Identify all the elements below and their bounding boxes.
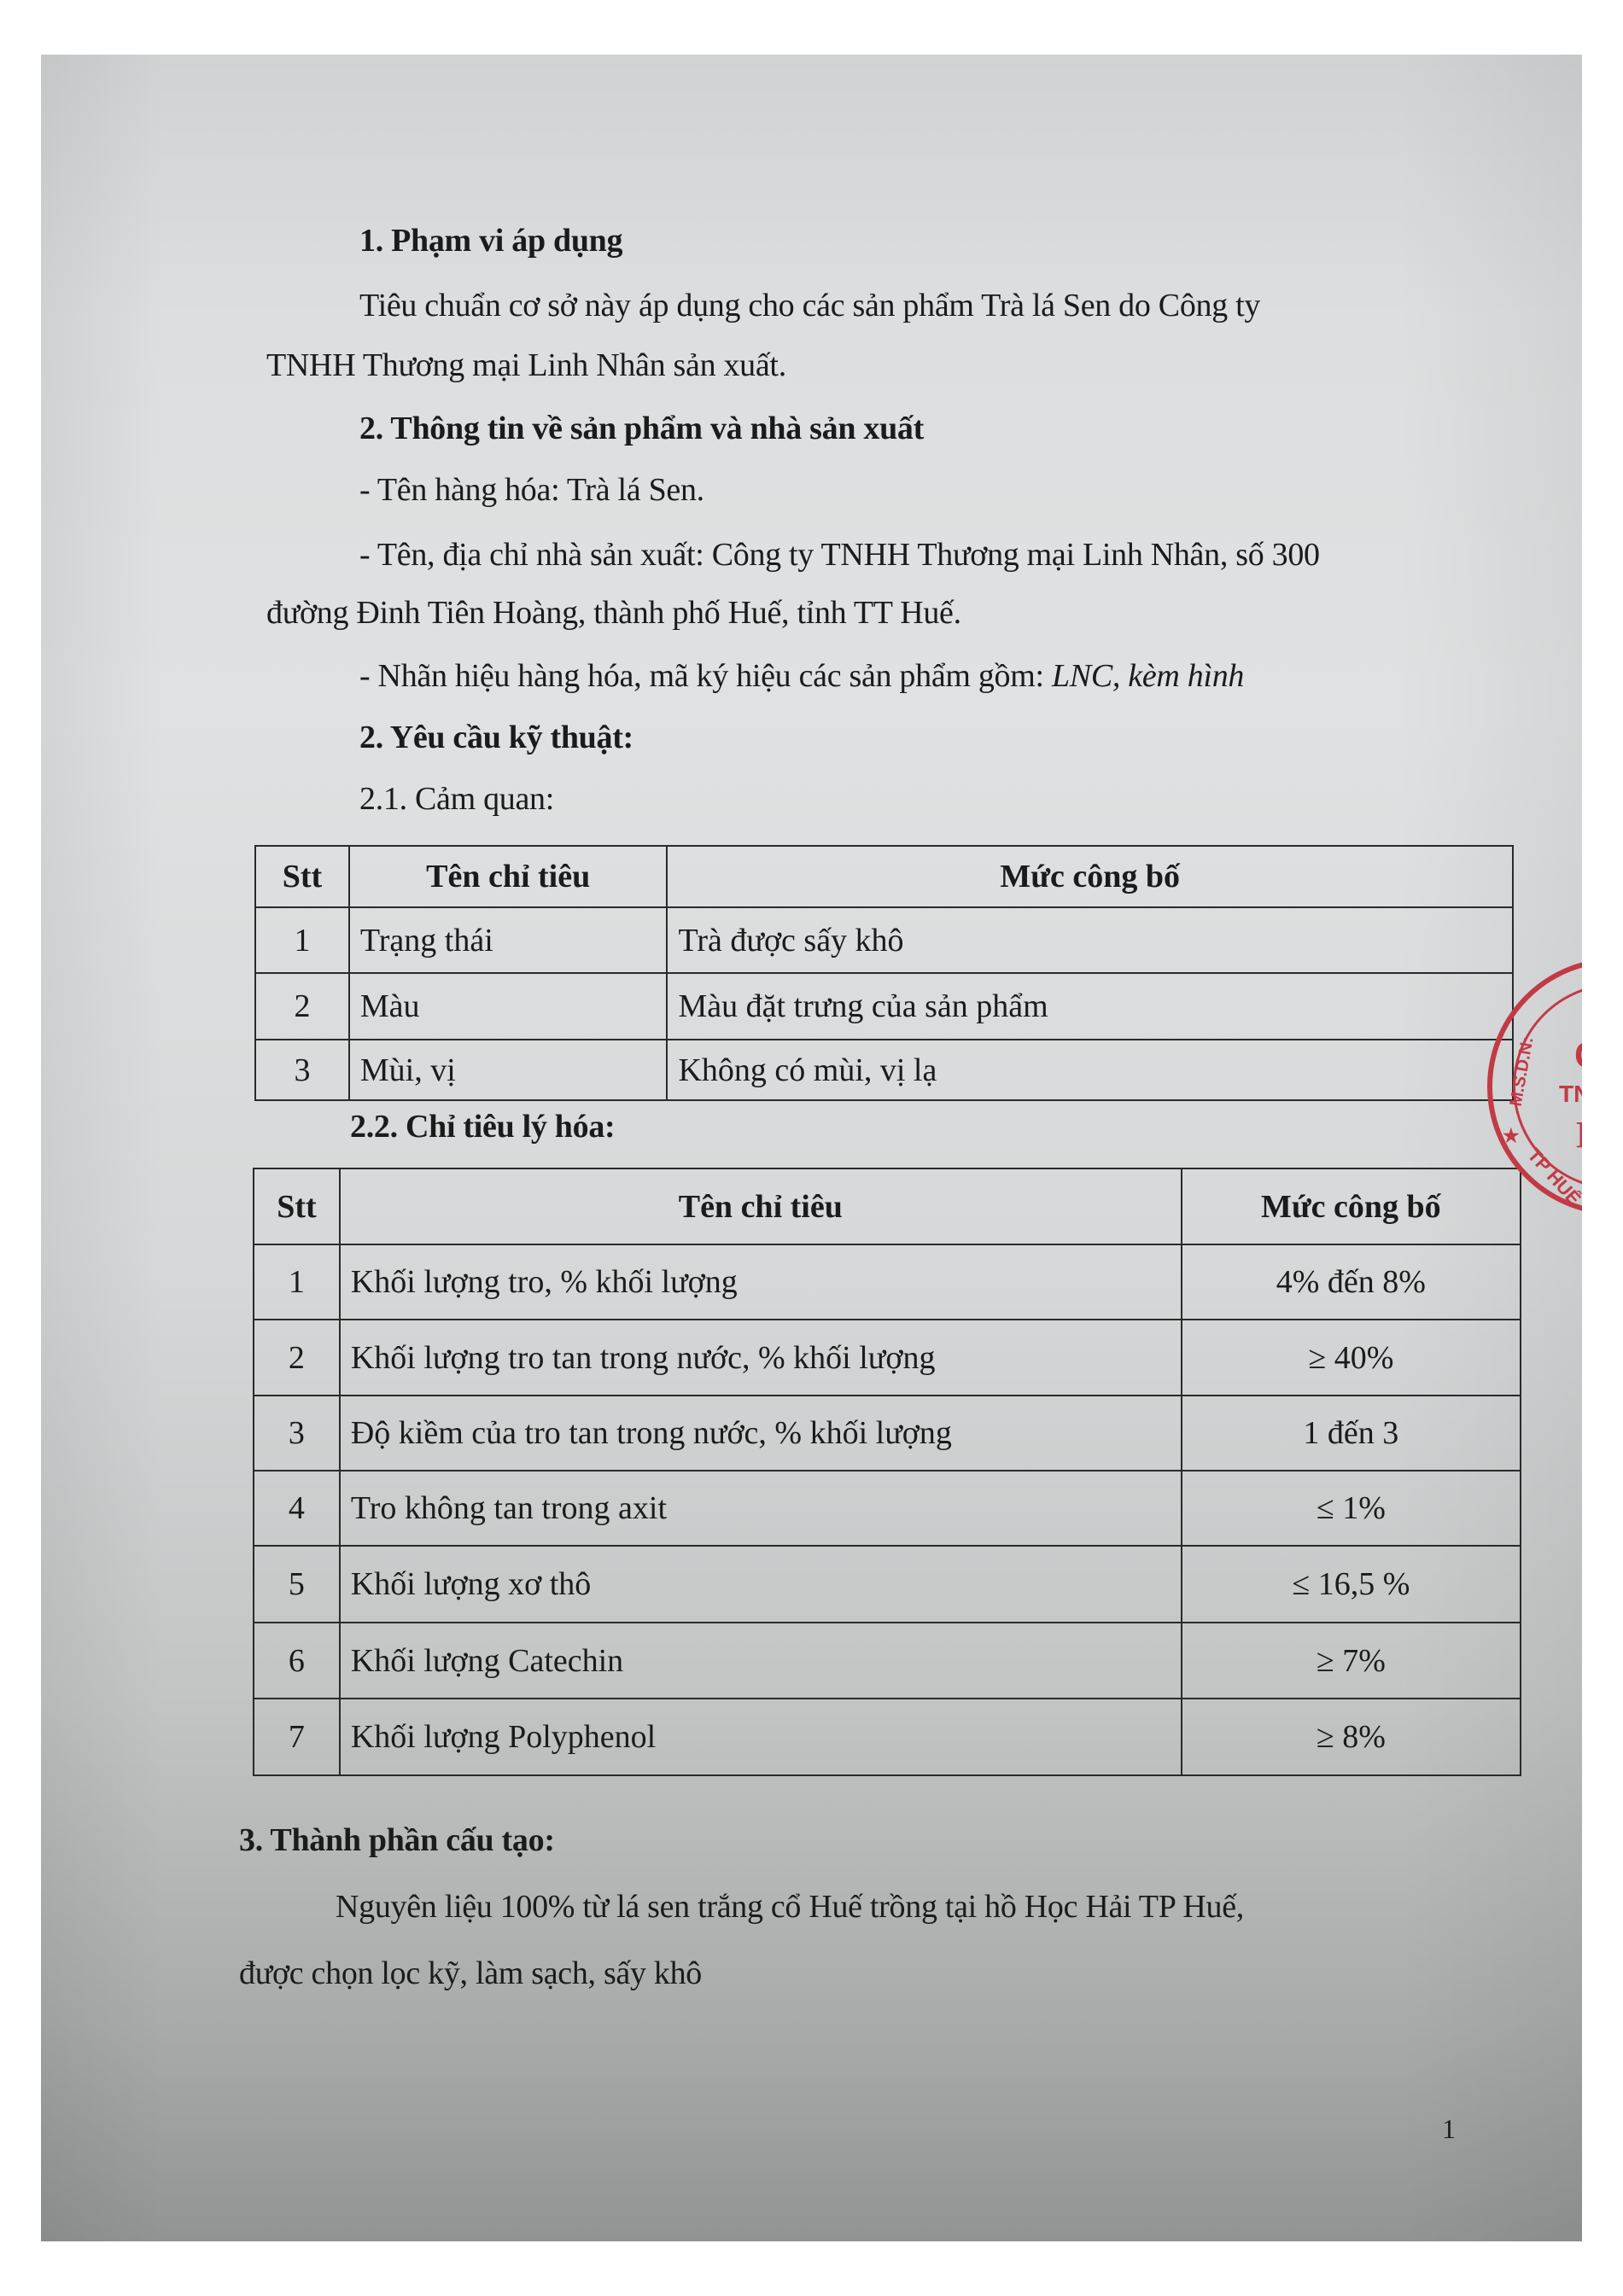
table-row: 6 Khối lượng Catechin ≥ 7% bbox=[254, 1623, 1521, 1699]
row-value: ≤ 16,5 % bbox=[1182, 1546, 1521, 1623]
row-value: Màu đặt trưng của sản phẩm bbox=[667, 973, 1513, 1040]
row-name: Khối lượng xơ thô bbox=[340, 1546, 1182, 1623]
table-row: 7 Khối lượng Polyphenol ≥ 8% bbox=[254, 1699, 1521, 1775]
sensory-table: Stt Tên chỉ tiêu Mức công bố 1 Trạng thá… bbox=[254, 845, 1514, 1101]
brand-line: - Nhãn hiệu hàng hóa, mã ký hiệu các sản… bbox=[359, 657, 1244, 695]
table-row: 1 Trạng thái Trà được sấy khô bbox=[255, 907, 1513, 973]
row-name: Trạng thái bbox=[349, 907, 668, 973]
table-header-row: Stt Tên chỉ tiêu Mức công bố bbox=[255, 846, 1513, 907]
table-header-row: Stt Tên chỉ tiêu Mức công bố bbox=[254, 1168, 1521, 1244]
row-name: Khối lượng tro tan trong nước, % khối lư… bbox=[340, 1320, 1182, 1396]
row-value: ≤ 1% bbox=[1182, 1471, 1521, 1546]
row-name: Khối lượng tro, % khối lượng bbox=[340, 1244, 1182, 1320]
sensory-heading: 2.1. Cảm quan: bbox=[359, 780, 554, 818]
requirements-heading: 2. Yêu cầu kỹ thuật: bbox=[359, 719, 633, 756]
stamp-company-line-1: CÔ bbox=[1574, 1034, 1582, 1077]
physchem-heading: 2.2. Chỉ tiêu lý hóa: bbox=[350, 1108, 615, 1145]
section-3-paragraph-line-2: được chọn lọc kỹ, làm sạch, sấy khô bbox=[239, 1955, 702, 1992]
table-row: 2 Khối lượng tro tan trong nước, % khối … bbox=[254, 1320, 1521, 1396]
row-name: Tro không tan trong axit bbox=[340, 1471, 1182, 1546]
section-3-heading: 3. Thành phần cấu tạo: bbox=[239, 1821, 555, 1859]
column-header-value: Mức công bố bbox=[667, 846, 1513, 907]
row-value: 1 đến 3 bbox=[1182, 1396, 1521, 1471]
section-1-paragraph-line-1: Tiêu chuẩn cơ sở này áp dụng cho các sản… bbox=[359, 287, 1444, 324]
column-header-value: Mức công bố bbox=[1182, 1168, 1521, 1244]
table-row: 2 Màu Màu đặt trưng của sản phẩm bbox=[255, 973, 1513, 1040]
row-name: Khối lượng Catechin bbox=[340, 1623, 1182, 1699]
row-stt: 6 bbox=[254, 1623, 340, 1699]
row-stt: 2 bbox=[255, 973, 349, 1040]
row-name: Khối lượng Polyphenol bbox=[340, 1699, 1182, 1775]
row-name: Độ kiềm của tro tan trong nước, % khối l… bbox=[340, 1396, 1182, 1471]
row-stt: 4 bbox=[254, 1471, 340, 1546]
product-name-line: - Tên hàng hóa: Trà lá Sen. bbox=[359, 471, 704, 509]
brand-value: LNC, kèm hình bbox=[1052, 658, 1244, 694]
row-value: ≥ 40% bbox=[1182, 1320, 1521, 1396]
row-value: 4% đến 8% bbox=[1182, 1244, 1521, 1320]
column-header-name: Tên chỉ tiêu bbox=[349, 846, 668, 907]
row-stt: 3 bbox=[255, 1040, 349, 1100]
row-stt: 1 bbox=[254, 1244, 340, 1320]
table-row: 3 Độ kiềm của tro tan trong nước, % khối… bbox=[254, 1396, 1521, 1471]
row-stt: 3 bbox=[254, 1396, 340, 1471]
row-name: Mùi, vị bbox=[349, 1040, 668, 1100]
page-number: 1 bbox=[1442, 2110, 1456, 2147]
table-row: 3 Mùi, vị Không có mùi, vị lạ bbox=[255, 1040, 1513, 1100]
row-value: Không có mùi, vị lạ bbox=[667, 1040, 1513, 1100]
section-2-heading: 2. Thông tin về sản phẩm và nhà sản xuất bbox=[359, 410, 924, 447]
column-header-stt: Stt bbox=[255, 846, 349, 907]
row-value: ≥ 7% bbox=[1182, 1623, 1521, 1699]
manufacturer-line-1: - Tên, địa chỉ nhà sản xuất: Công ty TNH… bbox=[359, 536, 1320, 574]
stamp-company-line-2: TNHH bbox=[1559, 1081, 1582, 1108]
column-header-stt: Stt bbox=[254, 1168, 340, 1244]
stamp-company-line-3: LI bbox=[1576, 1113, 1582, 1157]
stamp-star-icon: ★ bbox=[1503, 1125, 1520, 1147]
brand-label: - Nhãn hiệu hàng hóa, mã ký hiệu các sản… bbox=[359, 658, 1052, 694]
table-row: 1 Khối lượng tro, % khối lượng 4% đến 8% bbox=[254, 1244, 1521, 1320]
row-stt: 7 bbox=[254, 1699, 340, 1775]
table-row: 4 Tro không tan trong axit ≤ 1% bbox=[254, 1471, 1521, 1546]
table-row: 5 Khối lượng xơ thô ≤ 16,5 % bbox=[254, 1546, 1521, 1623]
row-stt: 2 bbox=[254, 1320, 340, 1396]
section-3-paragraph-line-1: Nguyên liệu 100% từ lá sen trắng cổ Huế … bbox=[336, 1888, 1244, 1926]
column-header-name: Tên chỉ tiêu bbox=[340, 1168, 1182, 1244]
manufacturer-line-2: đường Đinh Tiên Hoàng, thành phố Huế, tỉ… bbox=[266, 594, 961, 632]
section-1-paragraph-line-2: TNHH Thương mại Linh Nhân sản xuất. bbox=[266, 347, 786, 384]
row-name: Màu bbox=[349, 973, 668, 1040]
row-value: Trà được sấy khô bbox=[667, 907, 1513, 973]
section-1-heading: 1. Phạm vi áp dụng bbox=[359, 222, 622, 259]
row-stt: 5 bbox=[254, 1546, 340, 1623]
row-stt: 1 bbox=[255, 907, 349, 973]
row-value: ≥ 8% bbox=[1182, 1699, 1521, 1775]
physchem-table: Stt Tên chỉ tiêu Mức công bố 1 Khối lượn… bbox=[253, 1168, 1521, 1776]
document-page: 1. Phạm vi áp dụng Tiêu chuẩn cơ sở này … bbox=[41, 55, 1582, 2241]
